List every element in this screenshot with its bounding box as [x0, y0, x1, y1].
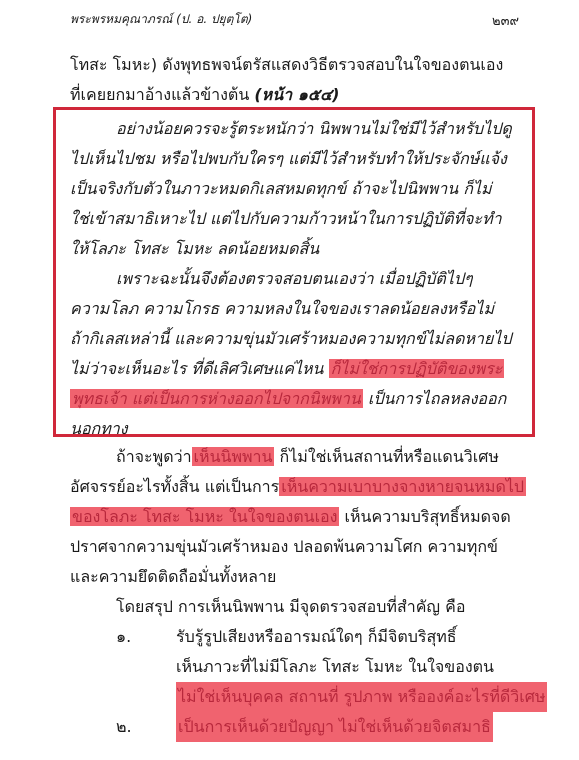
body-paragraph: ถ้าจะพูดว่าเห็นนิพพาน ก็ไม่ใช่เห็นสถานที… [70, 442, 540, 622]
text-span: ก็ไม่ใช่เห็นสถานที่หรือแดนวิเศษ [274, 447, 498, 466]
highlighted-text: ก็ไม่ใช่การปฏิบัติของพระ [329, 359, 505, 378]
highlighted-text: ของโลภะ โทสะ โมหะ ในใจของตนเอง [70, 507, 339, 526]
intro-paragraph: โทสะ โมหะ) ดังพุทธพจน์ตรัสแสดงวิธีตรวจสอ… [70, 50, 540, 110]
text-line: ปราศจากความขุ่นมัวเศร้าหมอง ปลอดพ้นความโ… [70, 532, 540, 562]
text-span: เห็นภาวะที่ไม่มีโลภะ โทสะ โมหะ ในใจของตน [176, 652, 494, 682]
checklist: ๑.รับรู้รูปเสียงหรืออารมณ์ใดๆ ก็มีจิตบริ… [116, 622, 546, 742]
text-span: ที่เคยยกมาอ้างแล้วข้างต้น [70, 85, 254, 104]
text-line: ความโลภ ความโกรธ ความหลงในใจของเราลดน้อย… [70, 294, 540, 324]
text-span: อัศจรรย์อะไรทั้งสิ้น แต่เป็นการ [70, 477, 279, 496]
list-item-continuation: เห็นภาวะที่ไม่มีโลภะ โทสะ โมหะ ในใจของตน [116, 652, 546, 682]
text-line: ถ้าจะพูดว่าเห็นนิพพาน ก็ไม่ใช่เห็นสถานที… [70, 442, 540, 472]
text-line: ไม่ว่าจะเห็นอะไร ที่ดีเลิศวิเศษแค่ไหน ก็… [70, 354, 540, 384]
text-span: เป็นการไถลหลงออก [363, 389, 507, 408]
page-number: ๒๓๙ [492, 10, 519, 30]
text-line: ถ้ากิเลสเหล่านี้ และความขุ่นมัวเศร้าหมอง… [70, 324, 540, 354]
text-line: เป็นจริงกับตัวในภาวะหมดกิเลสหมดทุกข์ ถ้า… [70, 174, 540, 204]
text-line: โทสะ โมหะ) ดังพุทธพจน์ตรัสแสดงวิธีตรวจสอ… [70, 50, 540, 80]
text-line: ไปเห็นไปชม หรือไปพบกับใครๆ แต่มีไว้สำหรั… [70, 144, 540, 174]
text-line: ให้โลภะ โทสะ โมหะ ลดน้อยหมดสิ้น [70, 234, 540, 264]
highlighted-text: เป็นการเห็นด้วยปัญญา ไม่ใช่เห็นด้วยจิตสม… [176, 712, 493, 742]
list-item: ๑.รับรู้รูปเสียงหรืออารมณ์ใดๆ ก็มีจิตบริ… [116, 622, 546, 652]
text-span: รับรู้รูปเสียงหรืออารมณ์ใดๆ ก็มีจิตบริสุ… [176, 622, 457, 652]
boxed-quote: อย่างน้อยควรจะรู้ตระหนักว่า นิพพานไม่ใช่… [70, 114, 540, 444]
text-line: และความยึดติดถือมั่นทั้งหลาย [70, 562, 540, 592]
running-title: พระพรหมคุณาภรณ์ (ป. อ. ปยุตฺโต) [70, 10, 252, 30]
text-line: อัศจรรย์อะไรทั้งสิ้น แต่เป็นการเห็นความเ… [70, 472, 540, 502]
text-line: เพราะฉะนั้นจึงต้องตรวจสอบตนเองว่า เมื่อป… [70, 264, 540, 294]
text-span: ถ้าจะพูดว่า [116, 447, 192, 466]
highlighted-text: พุทธเจ้า แต่เป็นการห่างออกไปจากนิพพาน [70, 389, 363, 408]
highlighted-text: เห็นความเบาบางจางหายจนหมดไป [279, 477, 526, 496]
list-number: ๑. [116, 622, 176, 652]
highlighted-text: เห็นนิพพาน [192, 447, 275, 466]
text-line: ของโลภะ โทสะ โมหะ ในใจของตนเอง เห็นความบ… [70, 502, 540, 532]
text-line: ใช่เข้าสมาธิเหาะไป แต่ไปกับความก้าวหน้าใ… [70, 204, 540, 234]
highlighted-text: ไม่ใช่เห็นบุคคล สถานที่ รูปภาพ หรือองค์อ… [176, 682, 547, 712]
text-span: เห็นความบริสุทธิ์หมดจด [339, 507, 510, 526]
text-line: โดยสรุป การเห็นนิพพาน มีจุดตรวจสอบที่สำค… [70, 592, 540, 622]
text-line: พุทธเจ้า แต่เป็นการห่างออกไปจากนิพพาน เป… [70, 384, 540, 414]
page-reference: (หน้า ๑๕๔) [254, 85, 339, 104]
text-line: นอกทาง [70, 414, 540, 444]
list-number: ๒. [116, 712, 176, 742]
text-span: โทสะ โมหะ) ดังพุทธพจน์ตรัสแสดงวิธีตรวจสอ… [70, 55, 503, 74]
text-line: ที่เคยยกมาอ้างแล้วข้างต้น (หน้า ๑๕๔) [70, 80, 540, 110]
text-span: ไม่ว่าจะเห็นอะไร ที่ดีเลิศวิเศษแค่ไหน [70, 359, 329, 378]
list-item: ๒.เป็นการเห็นด้วยปัญญา ไม่ใช่เห็นด้วยจิต… [116, 712, 546, 742]
list-item-continuation: ไม่ใช่เห็นบุคคล สถานที่ รูปภาพ หรือองค์อ… [116, 682, 546, 712]
text-line: อย่างน้อยควรจะรู้ตระหนักว่า นิพพานไม่ใช่… [70, 114, 540, 144]
page-header: พระพรหมคุณาภรณ์ (ป. อ. ปยุตฺโต) ๒๓๙ [70, 10, 519, 30]
